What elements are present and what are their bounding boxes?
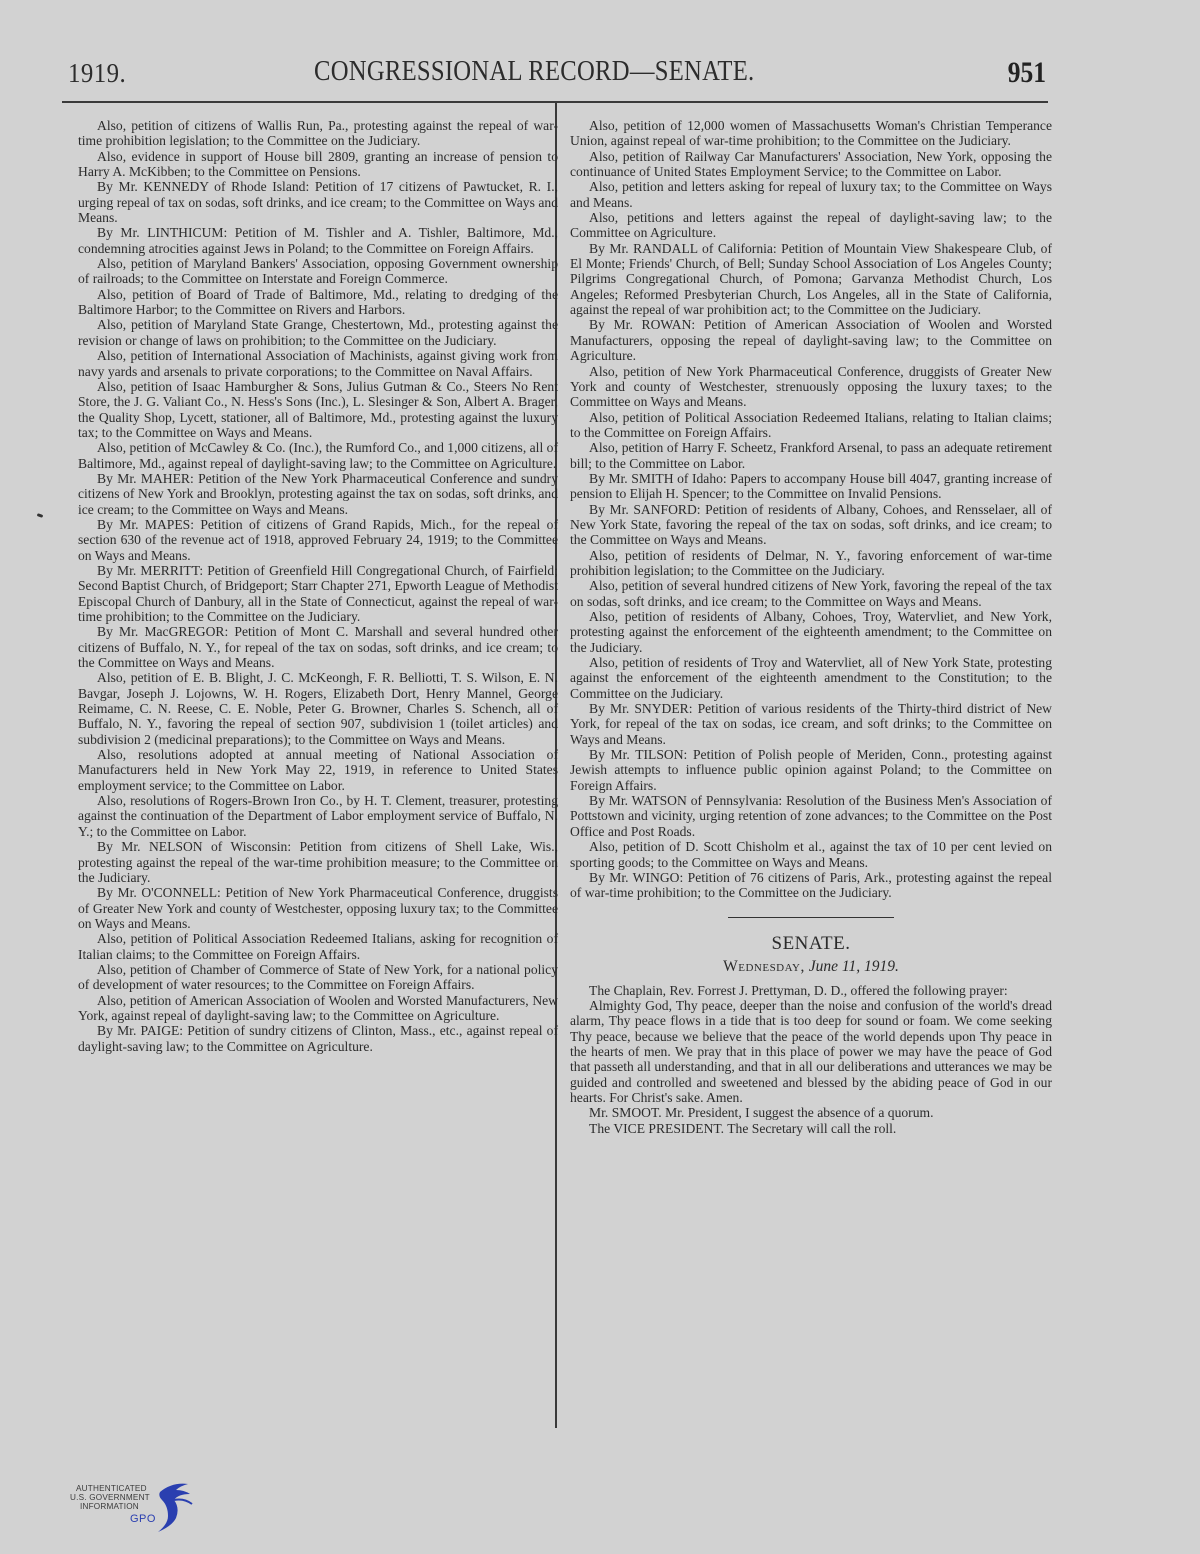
petition-entry: Also, petition of Maryland State Grange,…	[78, 317, 558, 348]
petition-entry: Also, petition of Maryland Bankers' Asso…	[78, 256, 558, 287]
proceeding-paragraph: Almighty God, Thy peace, deeper than the…	[570, 998, 1052, 1105]
proceeding-paragraph: The Chaplain, Rev. Forrest J. Prettyman,…	[570, 983, 1052, 998]
logo-line-1: AUTHENTICATED	[76, 1484, 147, 1493]
petition-entry: By Mr. TILSON: Petition of Polish people…	[570, 747, 1052, 793]
petition-entry: Also, petitions and letters against the …	[570, 210, 1052, 241]
right-column: Also, petition of 12,000 women of Massac…	[570, 118, 1052, 1136]
petition-entry: Also, petition of residents of Troy and …	[570, 655, 1052, 701]
petition-entry: Also, evidence in support of House bill …	[78, 149, 558, 180]
petition-entry: By Mr. MERRITT: Petition of Greenfield H…	[78, 563, 558, 624]
petition-entry: Also, petition of 12,000 women of Massac…	[570, 118, 1052, 149]
logo-line-2: U.S. GOVERNMENT	[70, 1493, 150, 1502]
header-year: 1919.	[68, 58, 126, 89]
proceeding-paragraph: Mr. SMOOT. Mr. President, I suggest the …	[570, 1105, 1052, 1120]
logo-brand: GPO	[130, 1513, 156, 1525]
petition-entry: Also, petition of citizens of Wallis Run…	[78, 118, 558, 149]
page-number: 951	[1008, 56, 1046, 90]
petition-entry: By Mr. SNYDER: Petition of various resid…	[570, 701, 1052, 747]
petition-entry: Also, petition of E. B. Blight, J. C. Mc…	[78, 670, 558, 747]
senate-proceedings: The Chaplain, Rev. Forrest J. Prettyman,…	[570, 983, 1052, 1136]
section-title: SENATE.	[570, 936, 1052, 951]
petition-entry: Also, petition of Political Association …	[78, 931, 558, 962]
gpo-authentication-logo: AUTHENTICATED U.S. GOVERNMENT INFORMATIO…	[68, 1478, 198, 1536]
petition-entry: Also, petition of D. Scott Chisholm et a…	[570, 839, 1052, 870]
petition-entry: By Mr. WINGO: Petition of 76 citizens of…	[570, 870, 1052, 901]
petition-entry: Also, petition of Political Association …	[570, 410, 1052, 441]
petition-entry: By Mr. MAPES: Petition of citizens of Gr…	[78, 517, 558, 563]
petition-entry: By Mr. ROWAN: Petition of American Assoc…	[570, 317, 1052, 363]
petition-entry: Also, petition of American Association o…	[78, 993, 558, 1024]
petition-entry: Also, petition of residents of Albany, C…	[570, 609, 1052, 655]
petition-entry: By Mr. RANDALL of California: Petition o…	[570, 241, 1052, 318]
petition-entry: By Mr. SMITH of Idaho: Papers to accompa…	[570, 471, 1052, 502]
petition-entry: Also, petition of International Associat…	[78, 348, 558, 379]
petition-entry: By Mr. SANFORD: Petition of residents of…	[570, 502, 1052, 548]
margin-mark	[37, 513, 44, 518]
petition-entry: Also, petition of residents of Delmar, N…	[570, 548, 1052, 579]
petition-entry: By Mr. MAHER: Petition of the New York P…	[78, 471, 558, 517]
petition-entry: Also, petition of Board of Trade of Balt…	[78, 287, 558, 318]
session-date: Wednesday, June 11, 1919.	[570, 959, 1052, 974]
proceeding-paragraph: The VICE PRESIDENT. The Secretary will c…	[570, 1121, 1052, 1136]
page-header: 1919. CONGRESSIONAL RECORD—SENATE. 951	[68, 54, 1048, 98]
petition-entry: By Mr. KENNEDY of Rhode Island: Petition…	[78, 179, 558, 225]
petition-entry: Also, resolutions of Rogers-Brown Iron C…	[78, 793, 558, 839]
petition-entry: Also, petition of McCawley & Co. (Inc.),…	[78, 440, 558, 471]
petition-entry: Also, petition of Railway Car Manufactur…	[570, 149, 1052, 180]
petitions-list: Also, petition of 12,000 women of Massac…	[570, 118, 1052, 901]
eagle-icon	[154, 1478, 198, 1536]
petition-entry: By Mr. WATSON of Pennsylvania: Resolutio…	[570, 793, 1052, 839]
logo-line-3: INFORMATION	[80, 1502, 139, 1511]
petition-entry: Also, petition of Isaac Hamburgher & Son…	[78, 379, 558, 440]
petition-entry: By Mr. NELSON of Wisconsin: Petition fro…	[78, 839, 558, 885]
petition-entry: By Mr. PAIGE: Petition of sundry citizen…	[78, 1023, 558, 1054]
petition-entry: Also, petition of Chamber of Commerce of…	[78, 962, 558, 993]
petition-entry: By Mr. O'CONNELL: Petition of New York P…	[78, 885, 558, 931]
petition-entry: Also, resolutions adopted at annual meet…	[78, 747, 558, 793]
session-date-text: June 11, 1919.	[809, 958, 899, 975]
petition-entry: Also, petition of Harry F. Scheetz, Fran…	[570, 440, 1052, 471]
petition-entry: By Mr. MacGREGOR: Petition of Mont C. Ma…	[78, 624, 558, 670]
left-column: Also, petition of citizens of Wallis Run…	[78, 118, 558, 1054]
section-separator	[728, 917, 894, 919]
petition-entry: Also, petition of New York Pharmaceutica…	[570, 364, 1052, 410]
petition-entry: Also, petition and letters asking for re…	[570, 179, 1052, 210]
document-page: 1919. CONGRESSIONAL RECORD—SENATE. 951 A…	[0, 0, 1200, 1554]
header-title: CONGRESSIONAL RECORD—SENATE.	[314, 56, 754, 88]
session-day: Wednesday,	[723, 958, 805, 975]
petition-entry: Also, petition of several hundred citize…	[570, 578, 1052, 609]
petition-entry: By Mr. LINTHICUM: Petition of M. Tishler…	[78, 225, 558, 256]
